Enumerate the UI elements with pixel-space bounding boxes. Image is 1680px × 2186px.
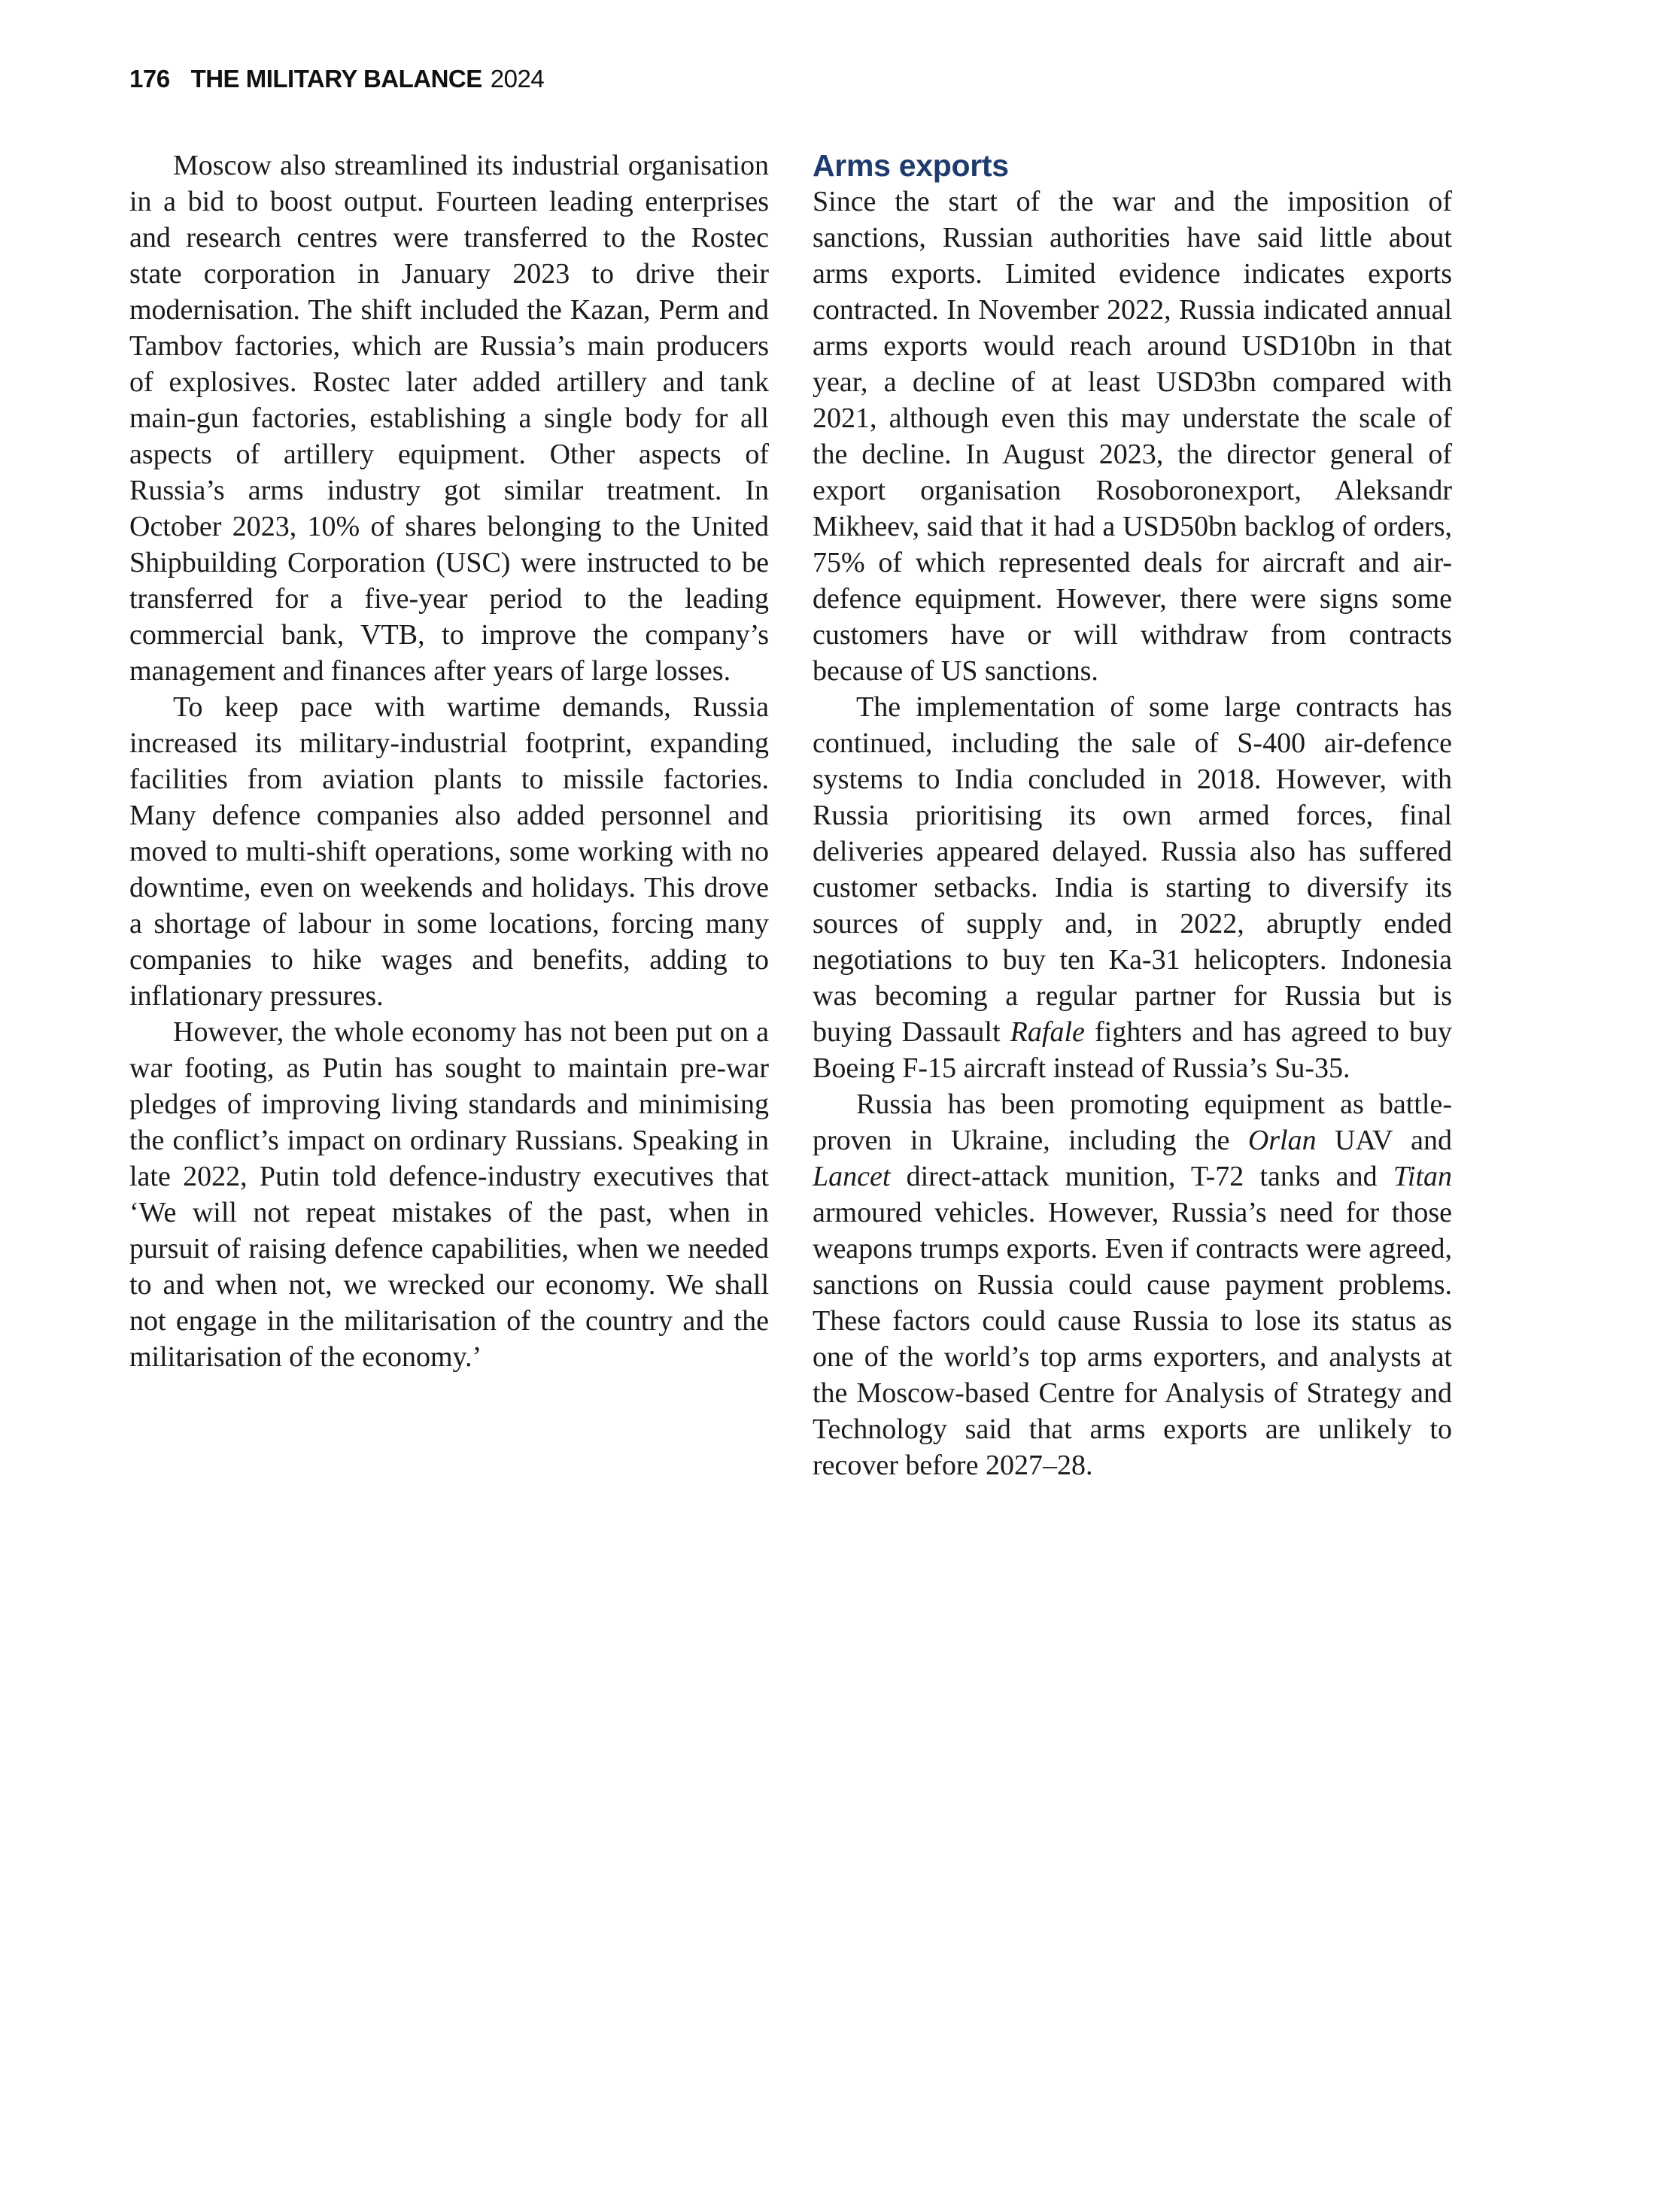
paragraph: The implementation of some large contrac… bbox=[813, 689, 1452, 1086]
section-heading-arms-exports: Arms exports bbox=[813, 147, 1452, 184]
paragraph: Russia has been promoting equipment as b… bbox=[813, 1086, 1452, 1483]
page-number: 176 bbox=[129, 65, 170, 93]
paragraph: Since the start of the war and the impos… bbox=[813, 184, 1452, 689]
document-page: 176 THE MILITARY BALANCE 2024 Moscow als… bbox=[0, 0, 1680, 2186]
book-year: 2024 bbox=[491, 65, 544, 93]
paragraph: However, the whole economy has not been … bbox=[129, 1014, 769, 1375]
page-header: 176 THE MILITARY BALANCE 2024 bbox=[129, 65, 544, 93]
paragraph: To keep pace with wartime demands, Russi… bbox=[129, 689, 769, 1014]
paragraph: Moscow also streamlined its industrial o… bbox=[129, 147, 769, 689]
right-column-text: Since the start of the war and the impos… bbox=[813, 184, 1452, 1483]
left-column: Moscow also streamlined its industrial o… bbox=[129, 147, 769, 1375]
book-title: THE MILITARY BALANCE bbox=[191, 65, 482, 93]
right-column: Arms exports Since the start of the war … bbox=[813, 147, 1452, 1483]
